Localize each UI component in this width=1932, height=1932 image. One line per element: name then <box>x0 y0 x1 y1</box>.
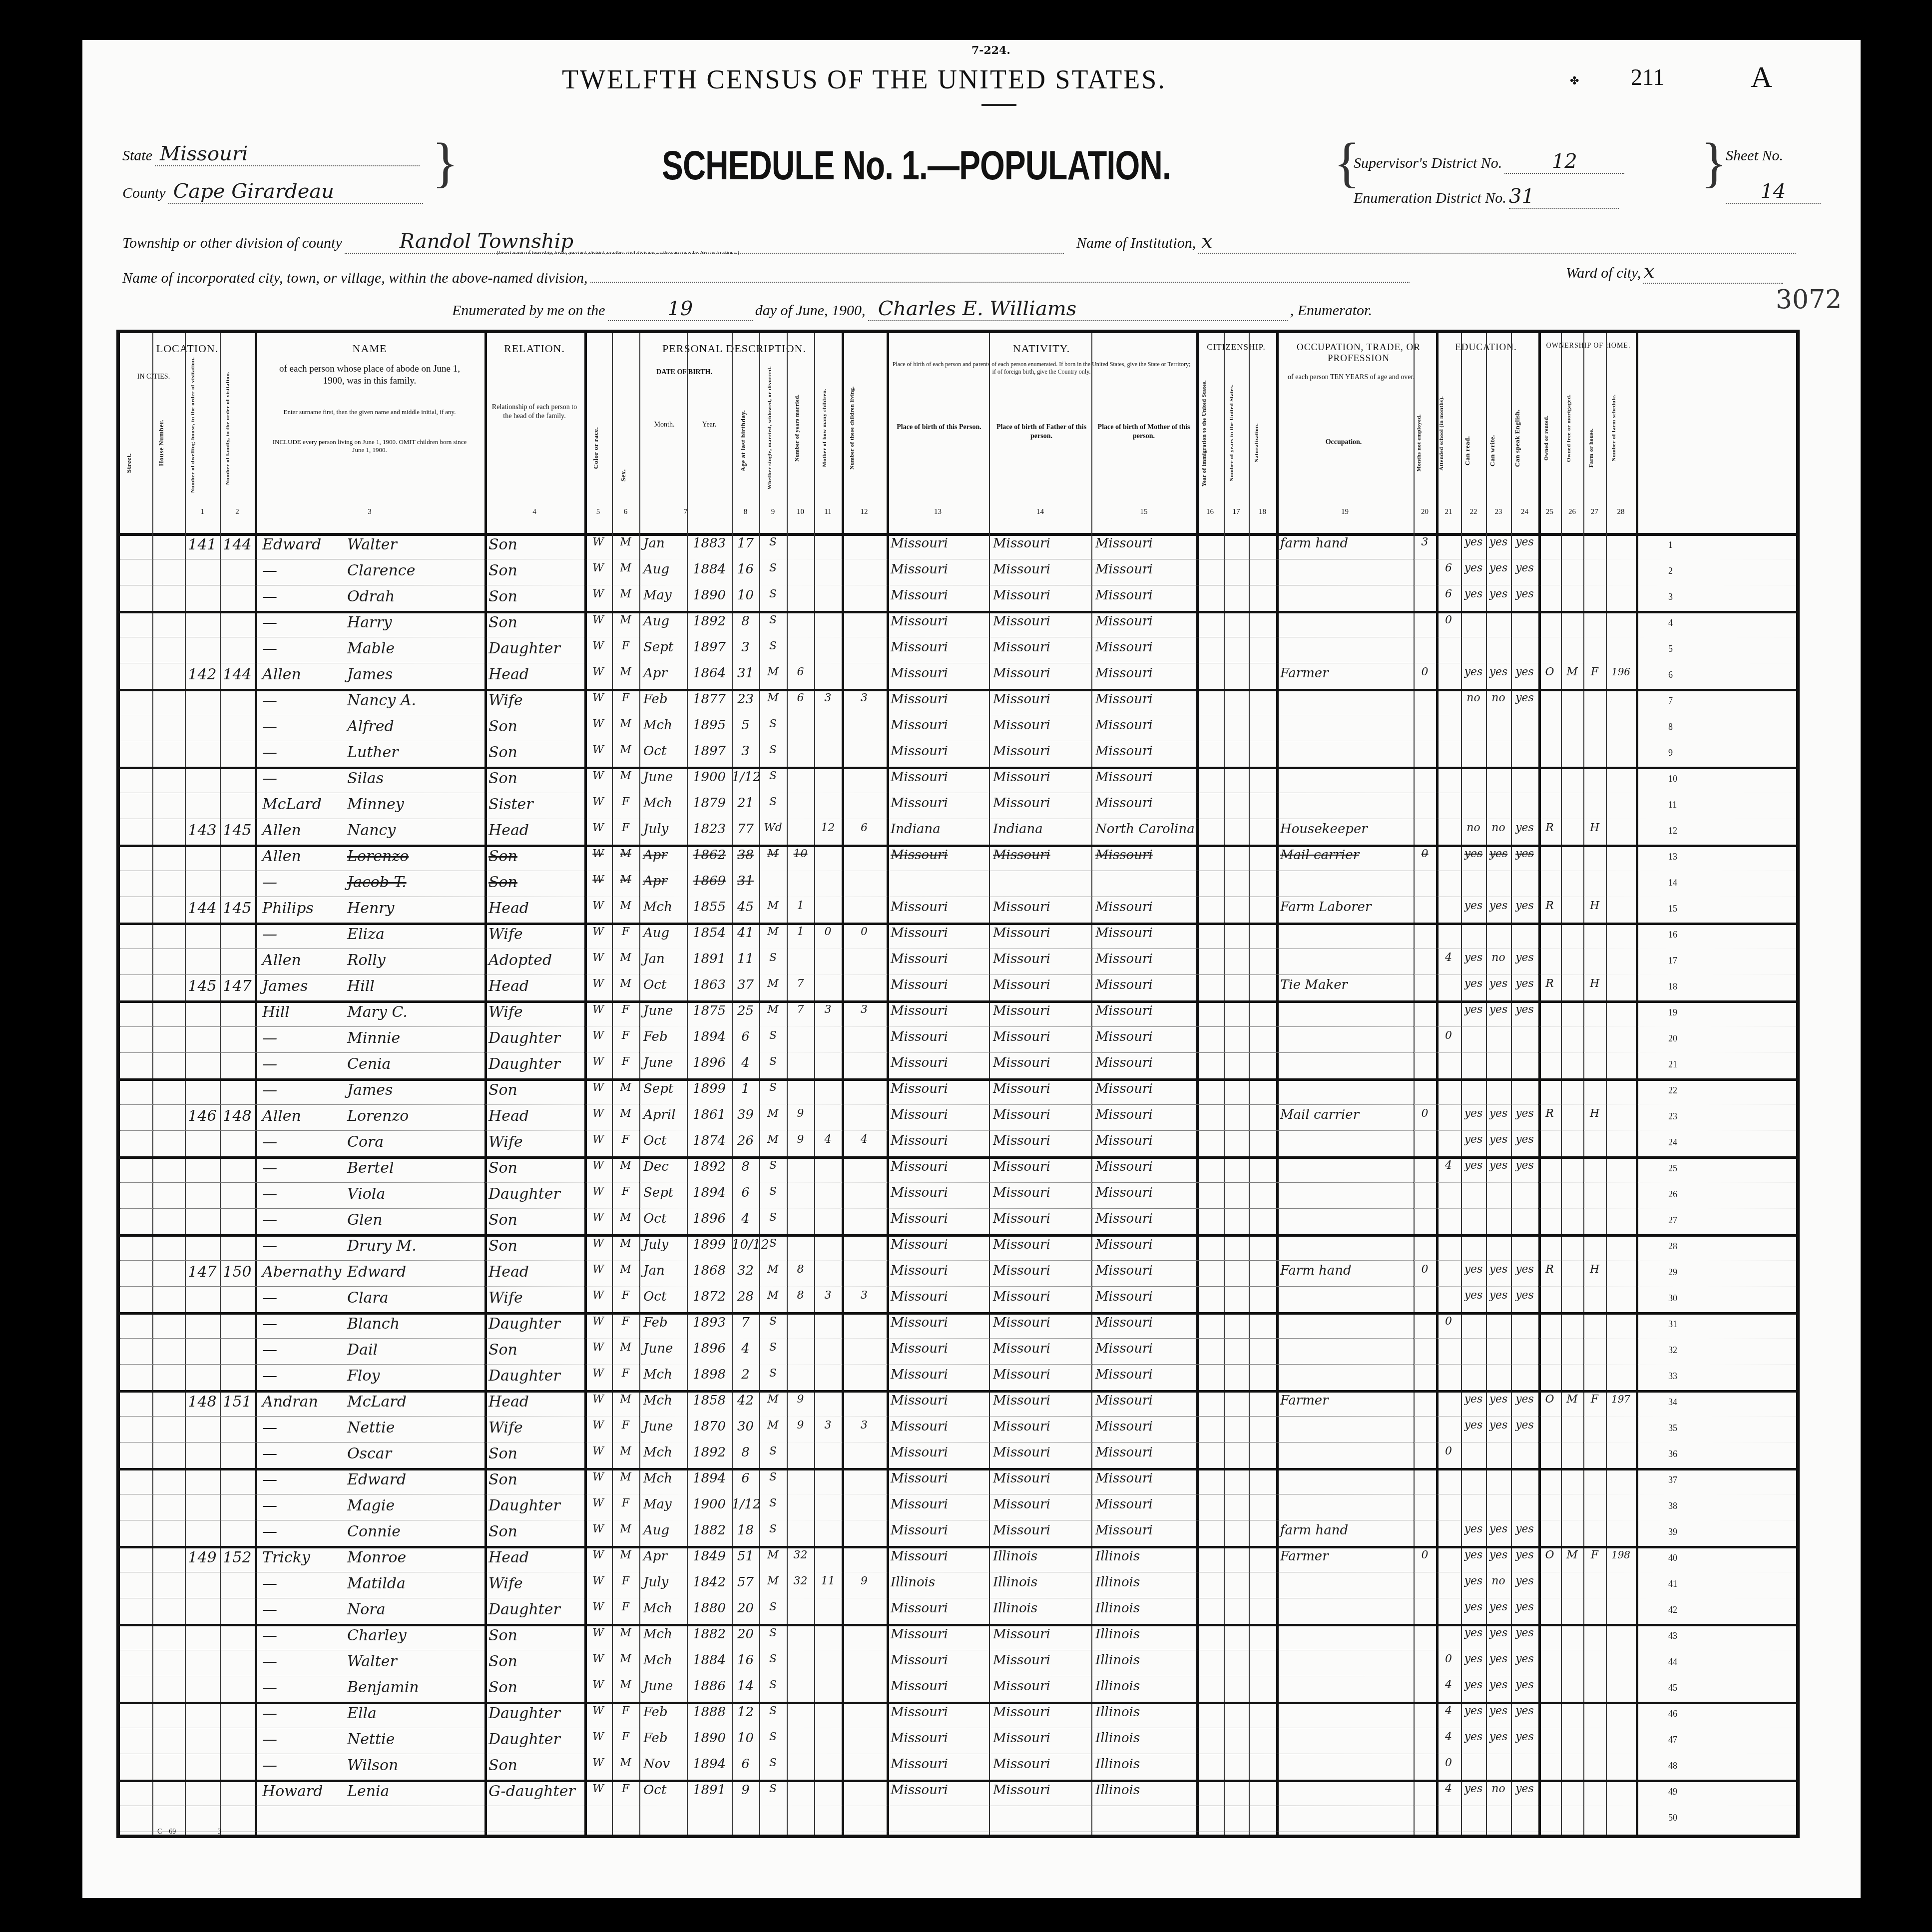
cell-rel: Head <box>488 666 584 688</box>
cell-fam <box>220 770 255 792</box>
cell-unemp <box>1414 718 1436 740</box>
cell-speak: yes <box>1511 1003 1538 1025</box>
cell-own: O <box>1538 1549 1561 1571</box>
header-attended-school: Attended school (in months). <box>1439 373 1445 493</box>
cell-unemp <box>1414 1029 1436 1051</box>
given-name: Blanch <box>347 1315 400 1333</box>
cell-mar: M <box>759 900 787 922</box>
cell-bm: Illinois <box>1095 1705 1196 1727</box>
cell-liv <box>842 1341 887 1363</box>
cell-free <box>1561 1237 1583 1259</box>
cell-own <box>1538 718 1561 740</box>
column-number: 3 <box>255 508 484 516</box>
cell-dw: 141 <box>185 536 220 558</box>
cell-mar: M <box>759 1419 787 1441</box>
cell-mar: M <box>759 926 787 948</box>
cell-sex: F <box>612 822 639 844</box>
sheet-value: 14 <box>1726 180 1821 204</box>
given-name: Luther <box>347 744 399 761</box>
line-number: 31 <box>1668 1319 1677 1330</box>
cell-age: 4 <box>732 1211 759 1233</box>
cell-fam <box>220 588 255 610</box>
cell-liv <box>842 1809 887 1831</box>
cell-mar: M <box>759 1107 787 1129</box>
cell-liv <box>842 848 887 870</box>
cell-bf: Missouri <box>993 1159 1091 1181</box>
cell-sex: M <box>612 1081 639 1103</box>
cell-sch <box>1436 1133 1461 1155</box>
table-row: —OscarSonWMMch18928SMissouriMissouriMiss… <box>120 1442 1796 1470</box>
given-name: Odrah <box>347 588 395 605</box>
person-name: —Nora <box>262 1601 482 1623</box>
cell-bf <box>993 874 1091 896</box>
cell-age: 12 <box>732 1705 759 1727</box>
line-number: 41 <box>1668 1579 1677 1589</box>
table-row: AllenLorenzo146148HeadWMApril186139M9Mis… <box>120 1104 1796 1131</box>
cell-fh <box>1583 1237 1606 1259</box>
cell-fam <box>220 1237 255 1259</box>
cell-unemp <box>1414 1367 1436 1389</box>
column-number: 11 <box>814 508 842 516</box>
header-mother-of: Mother of how many children. <box>822 363 828 493</box>
cell-rel: Son <box>488 848 584 870</box>
given-name: Connie <box>347 1523 401 1540</box>
cell-ym: 9 <box>787 1393 814 1415</box>
cell-free <box>1561 1705 1583 1727</box>
cell-own <box>1538 1367 1561 1389</box>
cell-bm: Missouri <box>1095 562 1196 584</box>
cell-occ <box>1280 1627 1414 1649</box>
brace-right-close: } <box>1701 135 1727 190</box>
cell-fh: F <box>1583 1549 1606 1571</box>
township-note: [Insert name of township, town, precinct… <box>497 250 739 256</box>
person-name: AbernathyEdward <box>262 1263 482 1285</box>
cell-speak: yes <box>1511 822 1538 844</box>
cell-free <box>1561 1029 1583 1051</box>
cell-sex: F <box>612 926 639 948</box>
cell-sex: M <box>612 848 639 870</box>
cell-moth <box>814 562 842 584</box>
line-number: 35 <box>1668 1423 1677 1434</box>
cell-fs <box>1606 874 1636 896</box>
cell-age: 6 <box>732 1029 759 1051</box>
cell-ym <box>787 770 814 792</box>
person-name: —Alfred <box>262 718 482 740</box>
cell-year: 1882 <box>687 1523 732 1545</box>
cell-fh <box>1583 1003 1606 1025</box>
surname: — <box>262 926 347 943</box>
cell-bf: Missouri <box>993 1783 1091 1805</box>
cell-free <box>1561 1315 1583 1337</box>
cell-bp: Missouri <box>891 640 989 662</box>
cell-speak: yes <box>1511 1679 1538 1701</box>
cell-bm: Missouri <box>1095 1471 1196 1493</box>
cell-free <box>1561 1731 1583 1753</box>
cell-mar: S <box>759 1055 787 1077</box>
column-number: 15 <box>1091 508 1196 516</box>
person-name: —Viola <box>262 1185 482 1207</box>
cell-own <box>1538 1809 1561 1831</box>
cell-sch <box>1436 848 1461 870</box>
supervisor-district-field: Supervisor's District No. 12 <box>1354 150 1624 174</box>
cell-fh <box>1583 588 1606 610</box>
cell-mar: M <box>759 977 787 999</box>
cell-speak <box>1511 1497 1538 1519</box>
cell-moth <box>814 1367 842 1389</box>
cell-fam: 147 <box>220 977 255 999</box>
cell-bm: Missouri <box>1095 1393 1196 1415</box>
cell-year: 1900 <box>687 1497 732 1519</box>
cell-read: yes <box>1461 1107 1486 1129</box>
cell-free <box>1561 926 1583 948</box>
person-name: —Nettie <box>262 1419 482 1441</box>
line-number: 14 <box>1668 878 1677 888</box>
person-name <box>262 1809 482 1831</box>
table-row: —WilsonSonWMNov18946SMissouriMissouriIll… <box>120 1754 1796 1782</box>
cell-bp: Missouri <box>891 1731 989 1753</box>
cell-free <box>1561 977 1583 999</box>
cell-fh <box>1583 1445 1606 1467</box>
column-number: 2 <box>220 508 255 516</box>
cell-own <box>1538 1055 1561 1077</box>
cell-fs <box>1606 1419 1636 1441</box>
surname: — <box>262 1471 347 1488</box>
cell-read: yes <box>1461 848 1486 870</box>
person-name: —Mable <box>262 640 482 662</box>
cell-bm: Missouri <box>1095 1081 1196 1103</box>
cell-month: Mch <box>643 1653 687 1675</box>
cell-write: yes <box>1486 536 1511 558</box>
cell-color: W <box>584 1055 612 1077</box>
cell-dw <box>185 744 220 766</box>
person-name: —James <box>262 1081 482 1103</box>
cell-speak <box>1511 874 1538 896</box>
cell-sex: F <box>612 1289 639 1311</box>
cell-read <box>1461 926 1486 948</box>
cell-month: Oct <box>643 1133 687 1155</box>
table-row: —BertelSonWMDec18928SMissouriMissouriMis… <box>120 1156 1796 1183</box>
line-number: 23 <box>1668 1111 1677 1122</box>
line-number: 34 <box>1668 1397 1677 1408</box>
cell-sch <box>1436 1289 1461 1311</box>
archive-number: 3072 <box>1776 285 1842 315</box>
cell-bf: Missouri <box>993 1341 1091 1363</box>
cell-own <box>1538 614 1561 636</box>
cell-bp: Missouri <box>891 1237 989 1259</box>
column-number: 14 <box>989 508 1091 516</box>
surname: — <box>262 1653 347 1670</box>
cell-bm: Missouri <box>1095 1237 1196 1259</box>
cell-unemp <box>1414 1211 1436 1233</box>
cell-color: W <box>584 1757 612 1779</box>
cell-read: yes <box>1461 1679 1486 1701</box>
column-number: 9 <box>759 508 787 516</box>
cell-unemp <box>1414 640 1436 662</box>
footer-code: C—69 3 <box>157 1828 221 1836</box>
cell-dw <box>185 1289 220 1311</box>
cell-unemp <box>1414 692 1436 714</box>
cell-fh <box>1583 614 1606 636</box>
cell-rel: Son <box>488 1341 584 1363</box>
cell-own <box>1538 1497 1561 1519</box>
cell-sch <box>1436 874 1461 896</box>
cell-year: 1897 <box>687 640 732 662</box>
cell-mar: S <box>759 640 787 662</box>
cell-write: no <box>1486 1783 1511 1805</box>
cell-year: 1883 <box>687 536 732 558</box>
cell-fs <box>1606 1705 1636 1727</box>
cell-rel: Wife <box>488 1289 584 1311</box>
cell-bf: Missouri <box>993 900 1091 922</box>
cell-bf: Missouri <box>993 1263 1091 1285</box>
cell-unemp <box>1414 1159 1436 1181</box>
cell-age: 5 <box>732 718 759 740</box>
person-name: —Clara <box>262 1289 482 1311</box>
cell-bf: Missouri <box>993 1367 1091 1389</box>
cell-write: yes <box>1486 848 1511 870</box>
line-number: 32 <box>1668 1345 1677 1356</box>
cell-rel: Daughter <box>488 1029 584 1051</box>
cell-free <box>1561 1081 1583 1103</box>
cell-read: yes <box>1461 1575 1486 1597</box>
header-months-unemployed: Months not employed. <box>1416 393 1422 493</box>
surname: — <box>262 1055 347 1073</box>
cell-age: 18 <box>732 1523 759 1545</box>
cell-mar: M <box>759 1263 787 1285</box>
cell-liv <box>842 1315 887 1337</box>
cell-write: yes <box>1486 1601 1511 1623</box>
cell-bm: Illinois <box>1095 1757 1196 1779</box>
given-name: Mable <box>347 640 395 657</box>
cell-age: 3 <box>732 744 759 766</box>
table-row: —Drury M.SonWMJuly189910/12SMissouriMiss… <box>120 1234 1796 1261</box>
cell-write <box>1486 1211 1511 1233</box>
cell-fam <box>220 1367 255 1389</box>
cell-fam <box>220 1783 255 1805</box>
cell-sex <box>612 1809 639 1831</box>
cell-fs <box>1606 1575 1636 1597</box>
cell-color: W <box>584 588 612 610</box>
surname: — <box>262 1029 347 1047</box>
cell-sex: M <box>612 1471 639 1493</box>
cell-free <box>1561 588 1583 610</box>
cell-unemp <box>1414 1185 1436 1207</box>
column-number: 27 <box>1583 508 1606 516</box>
cell-ym <box>787 536 814 558</box>
cell-dw <box>185 1029 220 1051</box>
cell-color: W <box>584 1159 612 1181</box>
header-ownership: OWNERSHIP OF HOME. <box>1541 342 1636 350</box>
cell-color: W <box>584 614 612 636</box>
cell-mar: S <box>759 1471 787 1493</box>
cell-unemp <box>1414 1289 1436 1311</box>
cell-moth <box>814 1783 842 1805</box>
cell-dw <box>185 1497 220 1519</box>
cell-liv <box>842 1497 887 1519</box>
header-years-us: Number of years in the United States. <box>1229 373 1235 493</box>
cell-moth <box>814 1263 842 1285</box>
cell-write <box>1486 1367 1511 1389</box>
surname: McLard <box>262 796 347 813</box>
cell-sch: 0 <box>1436 1029 1461 1051</box>
cell-ym <box>787 1809 814 1831</box>
table-row: AbernathyEdward147150HeadWMJan186832M8Mi… <box>120 1260 1796 1287</box>
cell-month: Apr <box>643 666 687 688</box>
given-name: Rolly <box>347 952 386 969</box>
given-name: Oscar <box>347 1445 392 1462</box>
person-name: McLardMinney <box>262 796 482 818</box>
table-row: —NettieWifeWFJune187030M933MissouriMisso… <box>120 1416 1796 1443</box>
cell-fh <box>1583 1471 1606 1493</box>
cell-year: 1870 <box>687 1419 732 1441</box>
cell-sch: 0 <box>1436 1653 1461 1675</box>
cell-color: W <box>584 1601 612 1623</box>
cell-month: Aug <box>643 562 687 584</box>
cell-moth <box>814 1315 842 1337</box>
cell-fs <box>1606 744 1636 766</box>
cell-read <box>1461 1341 1486 1363</box>
line-number: 11 <box>1668 800 1677 810</box>
cell-month: Sept <box>643 1081 687 1103</box>
table-row: TrickyMonroe149152HeadWMApr184951M32Miss… <box>120 1546 1796 1572</box>
cell-age: 28 <box>732 1289 759 1311</box>
cell-own <box>1538 1341 1561 1363</box>
cell-bp: Missouri <box>891 692 989 714</box>
cell-fh: H <box>1583 1107 1606 1129</box>
cell-occ <box>1280 1445 1414 1467</box>
cell-rel: Son <box>488 770 584 792</box>
cell-rel: Sister <box>488 796 584 818</box>
cell-free <box>1561 1471 1583 1493</box>
cell-fs <box>1606 562 1636 584</box>
cell-moth <box>814 900 842 922</box>
cell-dw <box>185 1705 220 1727</box>
cell-dw <box>185 1341 220 1363</box>
cell-read: yes <box>1461 666 1486 688</box>
cell-fam: 144 <box>220 536 255 558</box>
given-name: Magie <box>347 1497 395 1514</box>
cell-bm: Illinois <box>1095 1783 1196 1805</box>
surname: — <box>262 1705 347 1722</box>
line-number: 13 <box>1668 852 1677 862</box>
cell-ym <box>787 1029 814 1051</box>
cell-fs <box>1606 1601 1636 1623</box>
form-number: 7-224. <box>971 44 1010 57</box>
cell-speak <box>1511 640 1538 662</box>
cell-unemp <box>1414 1731 1436 1753</box>
cell-sch: 0 <box>1436 1445 1461 1467</box>
cell-ym <box>787 1653 814 1675</box>
cell-ym <box>787 874 814 896</box>
cell-moth <box>814 1549 842 1571</box>
cell-fs <box>1606 1081 1636 1103</box>
cell-mar: M <box>759 692 787 714</box>
cell-sch <box>1436 1081 1461 1103</box>
table-row: —MagieDaughterWFMay19001/12SMissouriMiss… <box>120 1494 1796 1520</box>
cell-fs <box>1606 1757 1636 1779</box>
cell-liv <box>842 1445 887 1467</box>
cell-moth <box>814 718 842 740</box>
cell-sex: M <box>612 718 639 740</box>
cell-read: no <box>1461 822 1486 844</box>
surname: Philips <box>262 900 347 917</box>
cell-speak: yes <box>1511 666 1538 688</box>
surname: — <box>262 1419 347 1437</box>
cell-unemp: 0 <box>1414 1549 1436 1571</box>
cell-occ <box>1280 770 1414 792</box>
cell-moth <box>814 666 842 688</box>
cell-age: 30 <box>732 1419 759 1441</box>
given-name: Floy <box>347 1367 380 1385</box>
cell-bm: Missouri <box>1095 614 1196 636</box>
cell-sex: M <box>612 1237 639 1259</box>
cell-mar: S <box>759 1705 787 1727</box>
cell-fs: 196 <box>1606 666 1636 688</box>
cell-rel: Son <box>488 1679 584 1701</box>
cell-free <box>1561 692 1583 714</box>
header-owned-free: Owned free or mortgaged. <box>1566 363 1572 493</box>
cell-bm: Missouri <box>1095 1445 1196 1467</box>
cell-fs <box>1606 1315 1636 1337</box>
cell-bp: Missouri <box>891 1315 989 1337</box>
cell-bf: Missouri <box>993 1029 1091 1051</box>
cell-free <box>1561 1627 1583 1649</box>
cell-month: Oct <box>643 1783 687 1805</box>
cell-sch <box>1436 1809 1461 1831</box>
cell-color: W <box>584 1185 612 1207</box>
cell-read: yes <box>1461 1705 1486 1727</box>
cell-year: 1854 <box>687 926 732 948</box>
cell-mar: Wd <box>759 822 787 844</box>
cell-write: no <box>1486 952 1511 973</box>
cell-dw <box>185 1211 220 1233</box>
cell-fam <box>220 1757 255 1779</box>
cell-mar: S <box>759 1627 787 1649</box>
cell-speak <box>1511 1055 1538 1077</box>
cell-occ <box>1280 1497 1414 1519</box>
cell-fh <box>1583 848 1606 870</box>
cell-moth <box>814 1237 842 1259</box>
cell-unemp <box>1414 1003 1436 1025</box>
cell-sex: M <box>612 562 639 584</box>
given-name: Edward <box>347 1263 406 1281</box>
cell-sex: M <box>612 874 639 896</box>
cell-month: Nov <box>643 1757 687 1779</box>
cell-color: W <box>584 1081 612 1103</box>
cell-age: 25 <box>732 1003 759 1025</box>
cell-year: 1880 <box>687 1601 732 1623</box>
cell-fs <box>1606 1029 1636 1051</box>
cell-unemp <box>1414 1237 1436 1259</box>
cell-sex: M <box>612 1627 639 1649</box>
cell-speak: yes <box>1511 1705 1538 1727</box>
cell-occ: Tie Maker <box>1280 977 1414 999</box>
cell-ym <box>787 640 814 662</box>
cell-own <box>1538 1757 1561 1779</box>
person-name: EdwardWalter <box>262 536 482 558</box>
cell-liv <box>842 796 887 818</box>
cell-dw: 147 <box>185 1263 220 1285</box>
cell-sch <box>1436 536 1461 558</box>
given-name: Matilda <box>347 1575 406 1592</box>
cell-bp: Missouri <box>891 1289 989 1311</box>
cell-year: 1886 <box>687 1679 732 1701</box>
given-name: Henry <box>347 900 395 917</box>
cell-fam <box>220 1679 255 1701</box>
cell-fs <box>1606 1289 1636 1311</box>
column-number: 20 <box>1414 508 1436 516</box>
line-number: 18 <box>1668 981 1677 992</box>
